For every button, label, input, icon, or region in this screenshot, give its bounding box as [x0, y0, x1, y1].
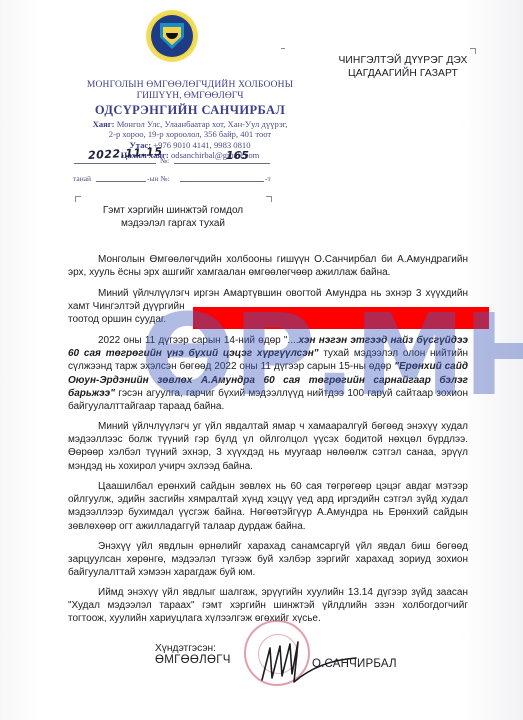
paragraph-7: Иймд энэхүү үйл явдлыг шалгаж, эрүүгийн …	[68, 586, 468, 626]
paragraph-4: Миний үйлчлүүлэгч уг үйл явдалтай ямар ч…	[68, 420, 468, 473]
org-name-line1: МОНГОЛЫН ӨМГӨӨЛӨГЧДИЙН ХОЛБООНЫ	[60, 80, 320, 90]
association-emblem-icon	[146, 10, 198, 62]
document-page: МОНГОЛЫН ӨМГӨӨЛӨГЧДИЙН ХОЛБООНЫ ГИШҮҮН, …	[0, 0, 523, 720]
number-label: №:	[160, 156, 169, 165]
recipient-line1: ЧИНГЭЛТЭЙ ДҮҮРЭГ ДЭХ	[318, 54, 488, 67]
recipient-corner-left	[281, 48, 285, 54]
paragraph-3: 2022 оны 11 дүгээр сарын 14-ний өдөр "..…	[68, 334, 468, 413]
sender-name: ОДСҮРЭНГИЙН САНЧИРБАЛ	[60, 103, 320, 118]
subject-block: Гэмт хэргийн шинжтэй гомдол мэдээлэл гар…	[98, 205, 248, 230]
org-name-line2: ГИШҮҮН, ӨМГӨӨЛӨГЧ	[60, 91, 320, 101]
signer-name: О.САНЧИРБАЛ	[312, 658, 397, 670]
reply-label-3: -т	[265, 174, 271, 183]
address-line1: Монгол Улс, Улаанбаатар хот, Хан-Уул дүү…	[117, 119, 288, 129]
recipient-block: ЧИНГЭЛТЭЙ ДҮҮРЭГ ДЭХ ЦАГДААГИЙН ГАЗАРТ	[318, 54, 488, 80]
subject-line1: Гэмт хэргийн шинжтэй гомдол	[98, 205, 248, 218]
address-label: Хаяг:	[93, 119, 115, 129]
paragraph-1: Монголын Өмгөөлөгчдийн холбооны гишүүн О…	[68, 253, 468, 279]
number-line	[174, 163, 270, 164]
recipient-line2: ЦАГДААГИЙН ГАЗАРТ	[318, 67, 488, 80]
paragraph-6: Энэхүү үйл явдлын өрнөлийг харахад санам…	[68, 540, 468, 580]
subject-corner-right	[266, 196, 272, 202]
subject-line2: мэдээлэл гаргах тухай	[98, 218, 248, 231]
address-line2: 2-р хороо, 19-р хороолол, 356 байр, 401 …	[60, 129, 320, 139]
redaction-bar	[193, 307, 489, 329]
reply-label-2: -ын №:	[147, 174, 170, 183]
date-line	[74, 163, 156, 164]
reply-line-2	[180, 181, 264, 182]
handwritten-number: 165	[226, 149, 249, 162]
reply-label-1: танай	[73, 174, 91, 183]
signer-role: ӨМГӨӨЛӨГЧ	[155, 654, 231, 666]
reply-line-1	[96, 181, 146, 182]
paragraph-5: Цаашилбал ерөнхий сайдын зөвлөх нь 60 са…	[68, 480, 468, 533]
subject-corner-left	[75, 196, 81, 202]
